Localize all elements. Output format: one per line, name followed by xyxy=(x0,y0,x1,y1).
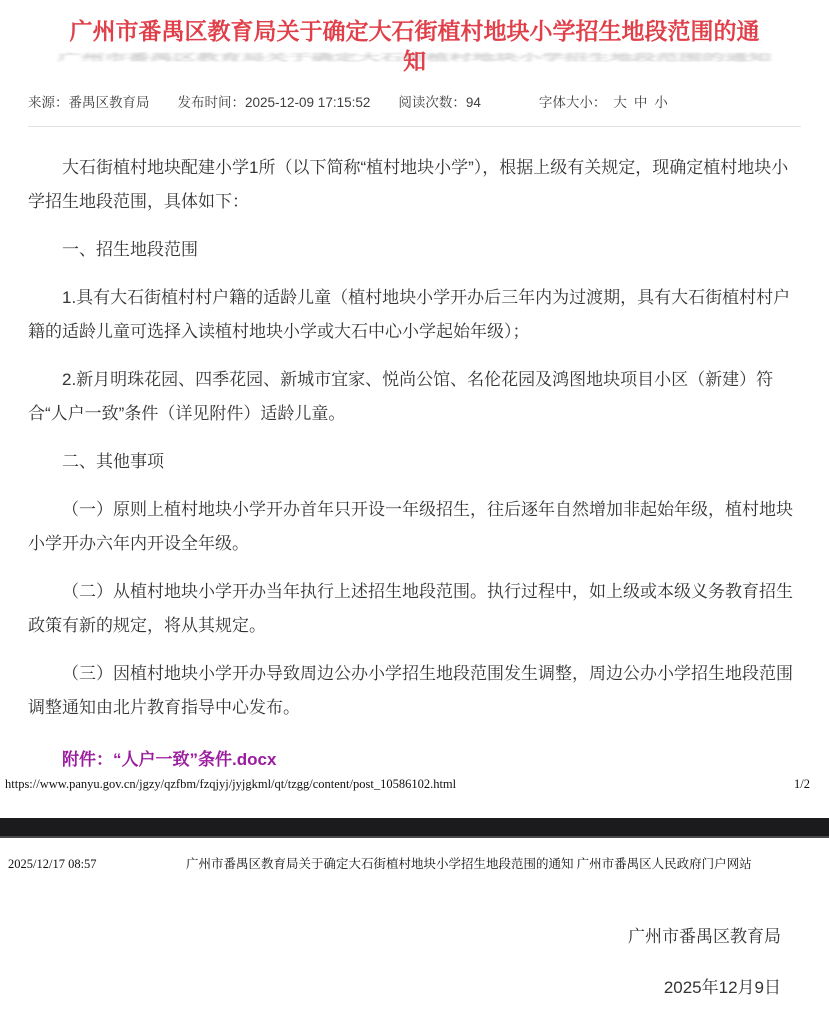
signature-org: 广州市番禺区教育局 xyxy=(628,926,781,948)
paragraph-other-2: （二）从植村地块小学开办当年执行上述招生地段范围。执行过程中，如上级或本级义务教… xyxy=(28,575,801,643)
meta-source-value: 番禺区教育局 xyxy=(69,95,150,110)
attachment-label: 附件： xyxy=(62,750,113,769)
article-meta: 来源：番禺区教育局 发布时间：2025-12-09 17:15:52 阅读次数：… xyxy=(28,94,801,112)
page-break-bar xyxy=(0,818,829,838)
print-timestamp: 2025/12/17 08:57 xyxy=(8,856,97,872)
meta-views-value: 94 xyxy=(466,95,481,110)
font-size-label: 字体大小： xyxy=(539,94,607,112)
meta-publish-value: 2025-12-09 17:15:52 xyxy=(245,95,370,110)
paragraph-item-2: 2.新月明珠花园、四季花园、新城市宜家、悦尚公馆、名伦花园及鸿图地块项目小区（新… xyxy=(28,363,801,431)
section-heading-1: 一、招生地段范围 xyxy=(28,233,801,267)
font-size-option-large[interactable]: 大 xyxy=(613,94,627,112)
meta-views-label: 阅读次数： xyxy=(398,95,466,110)
meta-divider xyxy=(28,126,801,127)
article-body: 大石街植村地块配建小学1所（以下简称“植村地块小学”），根据上级有关规定，现确定… xyxy=(28,151,801,725)
footer-url: https://www.panyu.gov.cn/jgzy/qzfbm/fzqj… xyxy=(5,776,456,792)
print-doc-title: 广州市番禺区教育局关于确定大石街植村地块小学招生地段范围的通知 广州市番禺区人民… xyxy=(97,856,821,872)
paragraph-other-1: （一）原则上植村地块小学开办首年只开设一年级招生，往后逐年自然增加非起始年级，植… xyxy=(28,493,801,561)
font-size-option-small[interactable]: 小 xyxy=(654,94,668,112)
page-indicator: 1/2 xyxy=(794,776,810,792)
printed-page: 广州市番禺区教育局关于确定大石街植村地块小学招生地段范围的通知 广州市番禺区教育… xyxy=(0,0,829,1013)
print-header-page2: 2025/12/17 08:57 广州市番禺区教育局关于确定大石街植村地块小学招… xyxy=(8,856,821,872)
meta-source: 来源：番禺区教育局 xyxy=(28,94,150,112)
meta-source-label: 来源： xyxy=(28,95,69,110)
paragraph-intro: 大石街植村地块配建小学1所（以下简称“植村地块小学”），根据上级有关规定，现确定… xyxy=(28,151,801,219)
attachment-line: 附件：“人户一致”条件.docx xyxy=(28,743,801,777)
attachment-link[interactable]: “人户一致”条件.docx xyxy=(113,750,276,769)
signature-date: 2025年12月9日 xyxy=(664,977,781,999)
section-heading-2: 二、其他事项 xyxy=(28,445,801,479)
meta-publish-time: 发布时间：2025-12-09 17:15:52 xyxy=(178,94,371,112)
article-title: 广州市番禺区教育局关于确定大石街植村地块小学招生地段范围的通知 xyxy=(64,16,765,76)
font-size-option-medium[interactable]: 中 xyxy=(634,94,648,112)
paragraph-item-1: 1.具有大石街植村村户籍的适龄儿童（植村地块小学开办后三年内为过渡期，具有大石街… xyxy=(28,281,801,349)
print-footer: https://www.panyu.gov.cn/jgzy/qzfbm/fzqj… xyxy=(5,776,810,792)
meta-view-count: 阅读次数：94 xyxy=(398,94,481,112)
meta-publish-label: 发布时间： xyxy=(178,95,246,110)
paragraph-other-3: （三）因植村地块小学开办导致周边公办小学招生地段范围发生调整，周边公办小学招生地… xyxy=(28,657,801,725)
font-size-control: 字体大小： 大 中 小 xyxy=(539,94,668,112)
